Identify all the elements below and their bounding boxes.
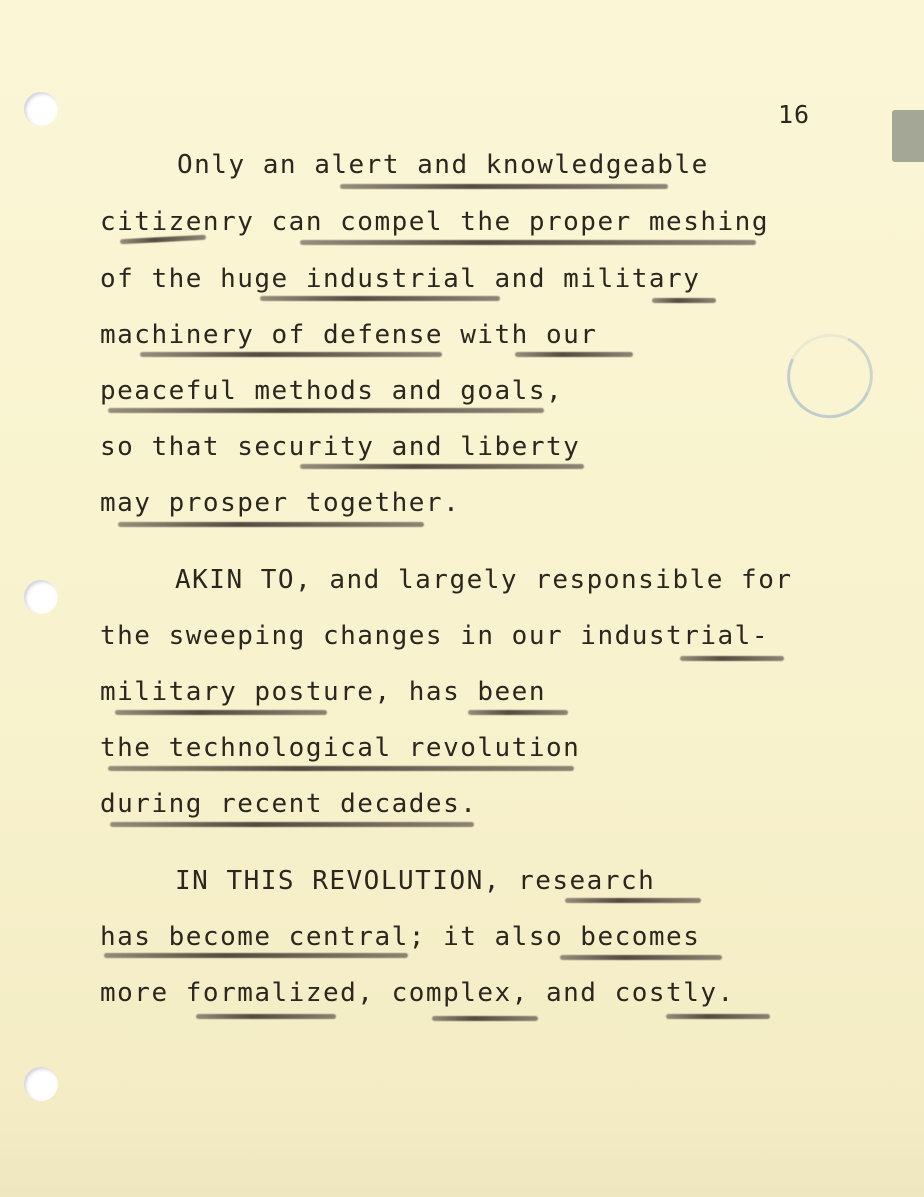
pencil-underline — [140, 352, 442, 357]
pencil-underline — [108, 766, 574, 771]
pencil-underline — [118, 522, 424, 527]
page-bottom-shadow — [0, 1105, 924, 1197]
text-line: the sweeping changes in our industrial- — [100, 621, 769, 651]
page-number: 16 — [778, 100, 810, 129]
pencil-underline — [300, 464, 584, 469]
binder-hole-icon — [24, 1067, 58, 1101]
text-line: of the huge industrial and military — [100, 264, 700, 294]
pencil-underline — [115, 710, 327, 715]
text-line: citizenry can compel the proper meshing — [100, 207, 769, 237]
pencil-underline — [300, 240, 756, 245]
text-line: more formalized, complex, and costly. — [100, 978, 735, 1008]
text-line: AKIN TO, and largely responsible for — [175, 565, 793, 595]
pencil-underline — [108, 408, 544, 413]
pencil-underline — [680, 656, 784, 661]
index-tab — [892, 110, 924, 162]
pencil-underline — [565, 898, 701, 903]
pencil-underline — [468, 710, 568, 715]
pencil-underline — [110, 822, 474, 827]
pencil-underline — [515, 352, 633, 357]
text-line: so that security and liberty — [100, 432, 580, 462]
pencil-underline — [666, 1014, 770, 1019]
text-line: military posture, has been — [100, 677, 546, 707]
pencil-underline — [196, 1014, 336, 1019]
pencil-underline — [432, 1016, 538, 1021]
binder-hole-icon — [24, 92, 58, 126]
pencil-underline — [340, 184, 668, 189]
binder-hole-icon — [24, 580, 58, 614]
text-line: the technological revolution — [100, 733, 580, 763]
pencil-underline — [652, 298, 716, 303]
pencil-underline — [260, 296, 500, 301]
pencil-underline — [104, 953, 408, 958]
text-line: may prosper together. — [100, 488, 460, 518]
text-line: IN THIS REVOLUTION, research — [175, 866, 655, 896]
text-line: has become central; it also becomes — [100, 922, 700, 952]
text-line: Only an alert and knowledgeable — [177, 150, 709, 180]
pencil-underline — [560, 955, 722, 960]
text-line: during recent decades. — [100, 789, 477, 819]
text-line: machinery of defense with our — [100, 320, 597, 350]
text-line: peaceful methods and goals, — [100, 376, 563, 406]
